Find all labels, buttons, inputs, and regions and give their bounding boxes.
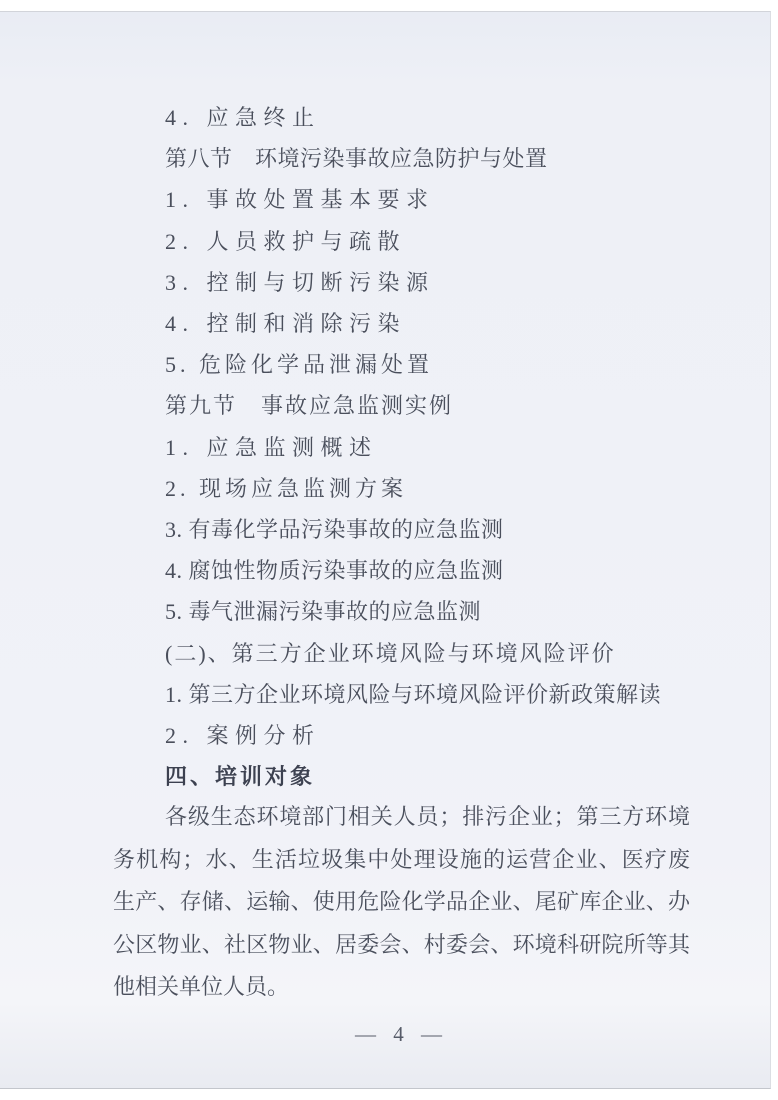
paragraph-line: 各级生态环境部门相关人员；排污企业；第三方环境服 [113, 796, 690, 839]
page-content: 4. 应急终止 第八节 环境污染事故应急防护与处置 1. 事故处置基本要求 2.… [113, 96, 690, 1047]
paragraph-line: 生产、存储、运输、使用危险化学品企业、尾矿库企业、办 [113, 881, 690, 924]
paragraph-line: 公区物业、社区物业、居委会、村委会、环境科研院所等其 [113, 924, 690, 967]
toc-line-section-8: 第八节 环境污染事故应急防护与处置 [113, 137, 690, 178]
toc-line: 3. 控制与切断污染源 [113, 261, 690, 302]
toc-line-part-2: (二)、第三方企业环境风险与环境风险评价 [113, 631, 690, 672]
toc-line: 5. 危险化学品泄漏处置 [113, 343, 690, 384]
toc-line: 1. 应急监测概述 [113, 426, 690, 467]
toc-line: 4. 控制和消除污染 [113, 302, 690, 343]
toc-line: 2. 人员救护与疏散 [113, 220, 690, 261]
toc-line: 2. 案例分析 [113, 714, 690, 755]
toc-line: 5. 毒气泄漏污染事故的应急监测 [113, 590, 690, 631]
paragraph-line: 他相关单位人员。 [113, 966, 690, 1009]
toc-line-section-9: 第九节 事故应急监测实例 [113, 384, 690, 425]
scan-canvas: 4. 应急终止 第八节 环境污染事故应急防护与处置 1. 事故处置基本要求 2.… [0, 0, 778, 1100]
toc-line: 3. 有毒化学品污染事故的应急监测 [113, 508, 690, 549]
toc-line: 4. 腐蚀性物质污染事故的应急监测 [113, 549, 690, 590]
paragraph-line: 务机构；水、生活垃圾集中处理设施的运营企业、医疗废物、 [113, 839, 690, 882]
section-heading-training-targets: 四、培训对象 [113, 755, 690, 796]
document-page: 4. 应急终止 第八节 环境污染事故应急防护与处置 1. 事故处置基本要求 2.… [0, 11, 771, 1089]
toc-line: 2. 现场应急监测方案 [113, 467, 690, 508]
toc-line: 4. 应急终止 [113, 96, 690, 137]
page-number: — 4 — [113, 1022, 690, 1047]
toc-line: 1. 第三方企业环境风险与环境风险评价新政策解读 [113, 673, 690, 714]
toc-line: 1. 事故处置基本要求 [113, 178, 690, 219]
